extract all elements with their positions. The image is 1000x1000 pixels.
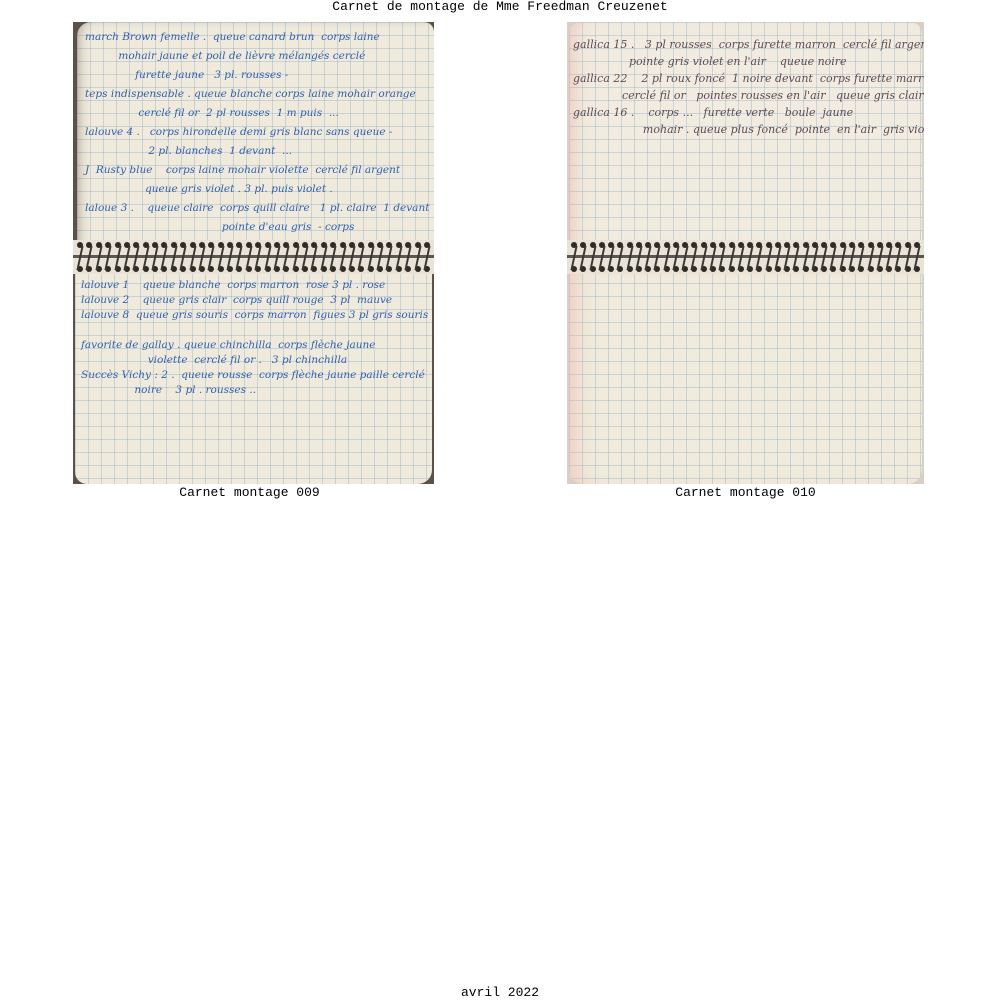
handwritten-line (81, 323, 428, 338)
spiral-loops (571, 242, 920, 272)
spiral-loop-icon (386, 242, 392, 272)
spiral-loop-icon (905, 242, 911, 272)
spiral-loop-icon (664, 242, 670, 272)
spiral-loop-icon (274, 242, 280, 272)
spiral-loop-icon (227, 242, 233, 272)
spiral-loop-icon (608, 242, 614, 272)
spiral-loop-icon (571, 242, 577, 272)
spiral-loop-icon (895, 242, 901, 272)
spiral-loop-icon (340, 242, 346, 272)
spiral-loop-icon (830, 242, 836, 272)
handwritten-line: lalouve 1 queue blanche corps marron ros… (81, 278, 428, 293)
spiral-loop-icon (719, 242, 725, 272)
spiral-loop-icon (115, 242, 121, 272)
notebook-figure-009: march Brown femelle . queue canard brun … (73, 22, 434, 500)
spiral-loop-icon (868, 242, 874, 272)
spiral-loop-icon (246, 242, 252, 272)
spiral-loop-icon (747, 242, 753, 272)
spiral-loop-icon (302, 242, 308, 272)
spiral-loop-icon (877, 242, 883, 272)
spiral-loop-icon (849, 242, 855, 272)
handwritten-line: pointe gris violet en l'air queue noire (573, 53, 924, 70)
handwritten-line: favorite de gallay . queue chinchilla co… (81, 338, 428, 353)
handwriting-bottom: lalouve 1 queue blanche corps marron ros… (81, 278, 428, 398)
spiral-loop-icon (218, 242, 224, 272)
spiral-loop-icon (405, 242, 411, 272)
handwritten-line: Succès Vichy : 2 . queue rousse corps fl… (81, 368, 428, 383)
spiral-loop-icon (738, 242, 744, 272)
handwritten-line: J Rusty blue corps laine mohair violette… (85, 161, 429, 180)
spiral-loop-icon (840, 242, 846, 272)
figure-caption: Carnet montage 010 (567, 486, 924, 500)
handwritten-line: teps indispensable . queue blanche corps… (85, 85, 429, 104)
spiral-loop-icon (424, 242, 430, 272)
spiral-loop-icon (756, 242, 762, 272)
handwriting-top: march Brown femelle . queue canard brun … (85, 28, 429, 237)
handwritten-line: lalouve 8 queue gris souris corps marron… (81, 308, 428, 323)
handwritten-line: cerclé fil or pointes rousses en l'air q… (573, 87, 924, 104)
spiral-loop-icon (236, 242, 242, 272)
spiral-loop-icon (682, 242, 688, 272)
handwriting-top: gallica 15 . 3 pl rousses corps furette … (573, 36, 924, 138)
handwritten-line: furette jaune 3 pl. rousses - (85, 66, 429, 85)
handwritten-line: march Brown femelle . queue canard brun … (85, 28, 429, 47)
handwritten-line: queue gris violet . 3 pl. puis violet . (85, 180, 429, 199)
spiral-loop-icon (77, 242, 83, 272)
spiral-loop-icon (766, 242, 772, 272)
spiral-loop-icon (793, 242, 799, 272)
spiral-loop-icon (96, 242, 102, 272)
spiral-loop-icon (580, 242, 586, 272)
spiral-loop-icon (627, 242, 633, 272)
spiral-loop-icon (701, 242, 707, 272)
spiral-loop-icon (265, 242, 271, 272)
spiral-loop-icon (124, 242, 130, 272)
spiral-loop-icon (396, 242, 402, 272)
page-footer-date: avril 2022 (0, 986, 1000, 1000)
spiral-loop-icon (199, 242, 205, 272)
spiral-loop-icon (180, 242, 186, 272)
spiral-binding-icon (73, 240, 434, 274)
handwritten-line: gallica 15 . 3 pl rousses corps furette … (573, 36, 924, 53)
spiral-loop-icon (645, 242, 651, 272)
spiral-loop-icon (105, 242, 111, 272)
handwritten-line: noire 3 pl . rousses .. (81, 383, 428, 398)
handwritten-line: mohair . queue plus foncé pointe en l'ai… (573, 121, 924, 138)
spiral-loop-icon (654, 242, 660, 272)
spiral-loop-icon (349, 242, 355, 272)
spiral-loop-icon (171, 242, 177, 272)
notebook-photo-010[interactable]: gallica 15 . 3 pl rousses corps furette … (567, 22, 924, 484)
spiral-loop-icon (673, 242, 679, 272)
spiral-loop-icon (283, 242, 289, 272)
handwritten-line: cerclé fil or 2 pl rousses 1 m puis ... (85, 104, 429, 123)
spiral-loop-icon (293, 242, 299, 272)
handwritten-line: pointe d'eau gris - corps (85, 218, 429, 237)
spiral-loop-icon (710, 242, 716, 272)
handwritten-line: violette cerclé fil or . 3 pl chinchilla (81, 353, 428, 368)
spiral-loop-icon (358, 242, 364, 272)
spiral-loop-icon (858, 242, 864, 272)
handwritten-line: lalouve 4 . corps hirondelle demi gris b… (85, 123, 429, 142)
handwritten-line: 2 pl. blanches 1 devant ... (85, 142, 429, 161)
spiral-loops (77, 242, 430, 272)
spiral-loop-icon (415, 242, 421, 272)
spiral-loop-icon (161, 242, 167, 272)
spiral-loop-icon (311, 242, 317, 272)
spiral-loop-icon (86, 242, 92, 272)
spiral-loop-icon (133, 242, 139, 272)
figure-caption: Carnet montage 009 (65, 486, 434, 500)
spiral-loop-icon (775, 242, 781, 272)
spiral-loop-icon (143, 242, 149, 272)
handwritten-line: lalouve 2 queue gris clair corps quill r… (81, 293, 428, 308)
spiral-loop-icon (803, 242, 809, 272)
spiral-loop-icon (821, 242, 827, 272)
spiral-loop-icon (886, 242, 892, 272)
handwritten-line: mohair jaune et poil de lièvre mélangés … (85, 47, 429, 66)
spiral-loop-icon (599, 242, 605, 272)
notebook-figure-010: gallica 15 . 3 pl rousses corps furette … (567, 22, 924, 500)
spiral-loop-icon (784, 242, 790, 272)
spiral-loop-icon (152, 242, 158, 272)
notebook-photo-009[interactable]: march Brown femelle . queue canard brun … (73, 22, 434, 484)
spiral-loop-icon (377, 242, 383, 272)
handwritten-line: laloue 3 . queue claire corps quill clai… (85, 199, 429, 218)
spiral-loop-icon (617, 242, 623, 272)
spiral-loop-icon (691, 242, 697, 272)
handwritten-line: gallica 22 2 pl roux foncé 1 noire devan… (573, 70, 924, 87)
spiral-binding-icon (567, 240, 924, 274)
page-title: Carnet de montage de Mme Freedman Creuze… (0, 0, 1000, 14)
handwritten-line: gallica 16 . corps ... furette verte bou… (573, 104, 924, 121)
spiral-loop-icon (330, 242, 336, 272)
spiral-loop-icon (636, 242, 642, 272)
spiral-loop-icon (729, 242, 735, 272)
spiral-loop-icon (321, 242, 327, 272)
spiral-loop-icon (368, 242, 374, 272)
spiral-loop-icon (914, 242, 920, 272)
spiral-loop-icon (255, 242, 261, 272)
spiral-loop-icon (208, 242, 214, 272)
spiral-loop-icon (590, 242, 596, 272)
notebook-bottom-page (569, 270, 922, 484)
spiral-loop-icon (812, 242, 818, 272)
spiral-loop-icon (190, 242, 196, 272)
